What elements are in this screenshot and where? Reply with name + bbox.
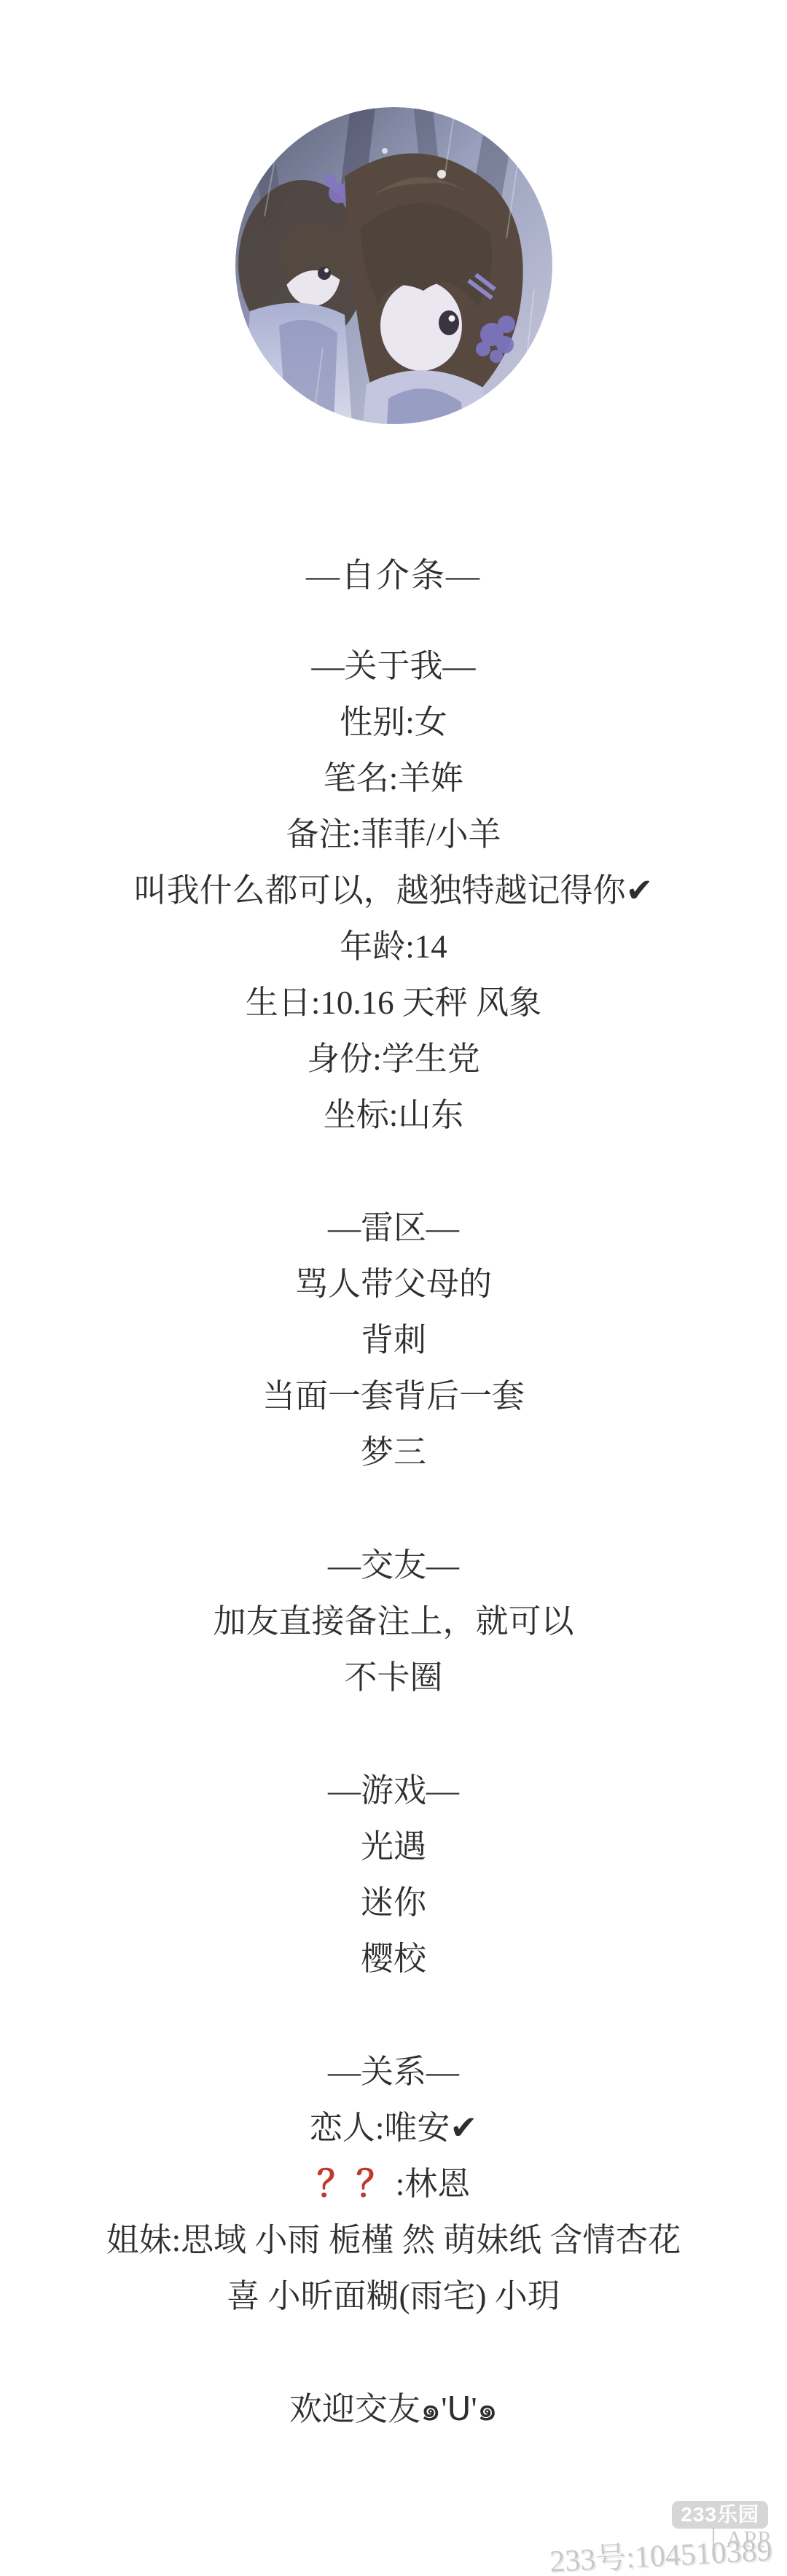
- section-games: —游戏— 光遇 迷你 樱校: [0, 1763, 787, 1987]
- section-about-heading: —关于我—: [0, 638, 787, 694]
- lover-line: 恋人:唯安✔: [0, 2100, 787, 2156]
- red-question-marks: ？？: [317, 2163, 396, 2205]
- game-line: 迷你: [0, 1875, 787, 1931]
- game-line: 樱校: [0, 1931, 787, 1987]
- section-minefield-heading: —雷区—: [0, 1200, 787, 1256]
- friending-line: 不卡圈: [0, 1650, 787, 1706]
- page-title: —自介条—: [0, 547, 787, 603]
- nickname-line: 备注:菲菲/小羊: [0, 807, 787, 863]
- avatar-image: [235, 107, 552, 424]
- crush-name: :林恩: [396, 2166, 471, 2202]
- minefield-line: 背刺: [0, 1312, 787, 1369]
- minefield-line: 梦三: [0, 1425, 787, 1481]
- minefield-line: 骂人带父母的: [0, 1256, 787, 1312]
- section-relations-heading: —关系—: [0, 2044, 787, 2100]
- game-line: 光遇: [0, 1819, 787, 1875]
- section-relations: —关系— 恋人:唯安✔ ？？:林恩 姐妹:思域 小雨 栀槿 然 萌妹纸 含情杏花…: [0, 2044, 787, 2325]
- intro-card: —自介条— —关于我— 性别:女 笔名:羊姩 备注:菲菲/小羊 叫我什么都可以，…: [0, 0, 787, 2576]
- sisters-line: 姐妹:思域 小雨 栀槿 然 萌妹纸 含情杏花: [0, 2212, 787, 2268]
- birthday-line: 生日:10.16 天秤 风象: [0, 975, 787, 1031]
- welcome-line: 欢迎交友๑'ᑌ'๑: [0, 2381, 787, 2438]
- section-friending: —交友— 加友直接备注上，就可以 不卡圈: [0, 1538, 787, 1706]
- age-line: 年龄:14: [0, 919, 787, 975]
- section-minefield: —雷区— 骂人带父母的 背刺 当面一套背后一套 梦三: [0, 1200, 787, 1481]
- sisters-line-2: 喜 小昕面糊(雨宅) 小玥: [0, 2268, 787, 2325]
- location-line: 坐标:山东: [0, 1087, 787, 1143]
- pen-name-line: 笔名:羊姩: [0, 751, 787, 807]
- section-friending-heading: —交友—: [0, 1538, 787, 1594]
- minefield-line: 当面一套背后一套: [0, 1369, 787, 1425]
- crush-line: ？？:林恩: [0, 2156, 787, 2212]
- gender-line: 性别:女: [0, 694, 787, 751]
- identity-line: 身份:学生党: [0, 1031, 787, 1087]
- call-me-line: 叫我什么都可以，越独特越记得你✔: [0, 863, 787, 919]
- section-games-heading: —游戏—: [0, 1763, 787, 1819]
- section-about: —关于我— 性别:女 笔名:羊姩 备注:菲菲/小羊 叫我什么都可以，越独特越记得…: [0, 638, 787, 1143]
- avatar: [235, 107, 552, 424]
- watermark-id: 233号:104510389: [549, 2534, 774, 2576]
- friending-line: 加友直接备注上，就可以: [0, 1594, 787, 1650]
- watermark-badge: 233乐园: [672, 2501, 768, 2529]
